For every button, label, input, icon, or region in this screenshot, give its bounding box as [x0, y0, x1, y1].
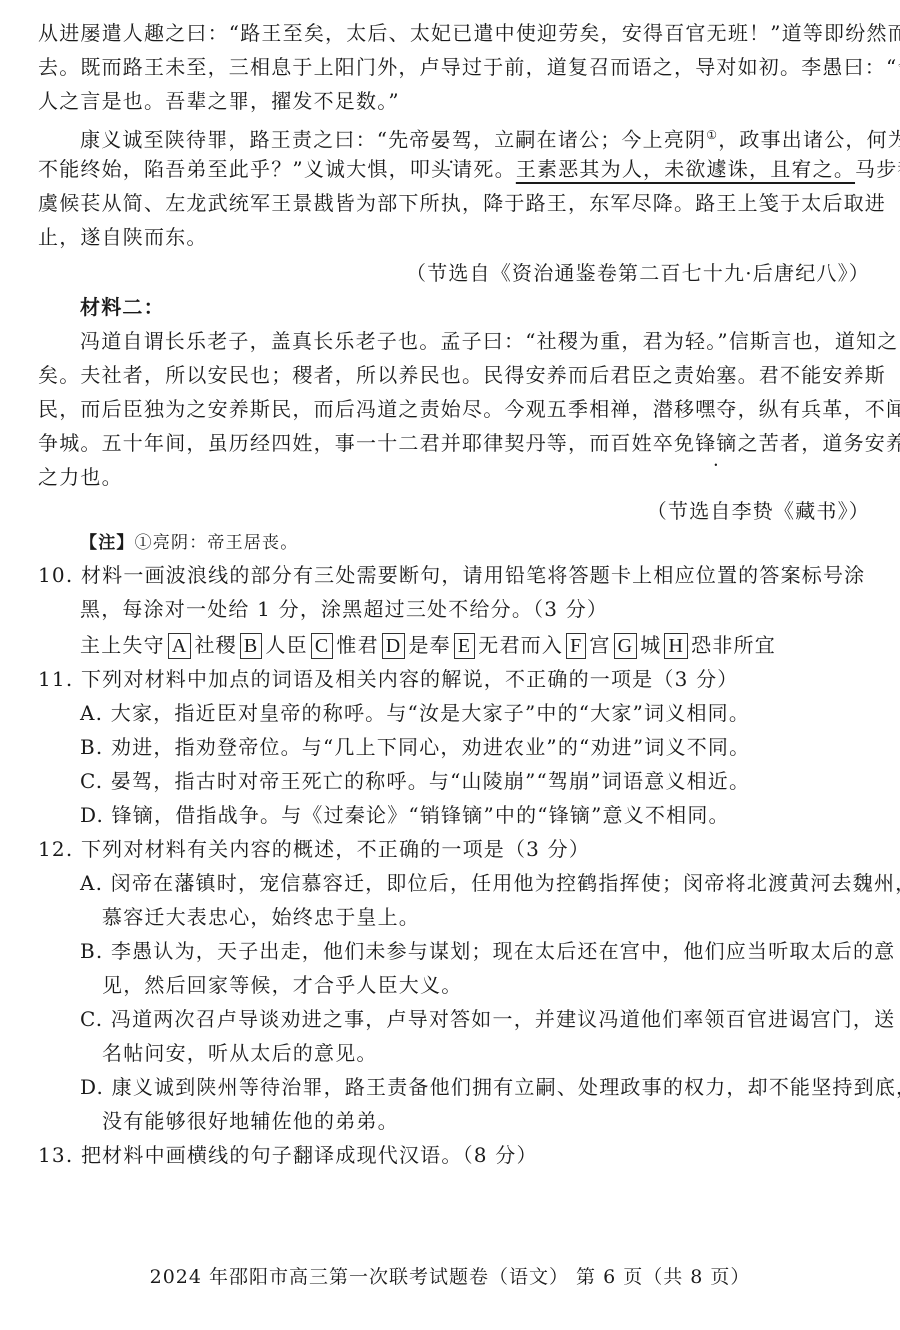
source-citation: （节选自李贽《藏书》）	[38, 494, 870, 528]
option-d-cont: 没有能够很好地辅佐他的弟弟。	[102, 1104, 870, 1138]
text-line: 止，遂自陕而东。	[38, 220, 870, 254]
text-line: 民，而后臣独为之安养斯民，而后冯道之责始尽。今观五季相禅，潜移嘿夺，纵有兵革，不…	[38, 392, 870, 426]
dotted-word-yanjia: 晏驾	[431, 128, 473, 152]
text-line: 黑，每涂对一处给 1 分，涂黑超过三处不给分。（3 分）	[80, 592, 870, 626]
exam-page: 从进屡遣人趣之曰：“路王至矣，太后、太妃已遣中使迎劳矣，安得百官无班！”道等即纷…	[0, 0, 900, 1330]
question-13: 13. 把材料中画横线的句子翻译成现代汉语。（8 分）	[38, 1138, 870, 1172]
text-line: 争城。五十年间，虽历经四姓，事一十二君并耶律契丹等，而百姓卒免锋镝之苦者，道务安…	[38, 426, 870, 460]
question-12: 12. 下列对材料有关内容的概述，不正确的一项是（3 分）	[38, 832, 870, 866]
question-11: 11. 下列对材料中加点的词语及相关内容的解说，不正确的一项是（3 分）	[38, 662, 870, 696]
footnote: 【注】①亮阴：帝王居丧。	[80, 526, 900, 560]
text-line: 去。既而路王未至，三相息于上阳门外，卢导过于前，道复召而语之，导对如初。李愚曰：…	[38, 50, 870, 84]
text-line: 冯道自谓长乐老子，盖真长乐老子也。孟子曰：“社稷为重，君为轻。”信斯言也，道知之	[80, 324, 900, 358]
text-line: 康义诚至陕待罪，路王责之曰：“先帝晏驾，立嗣在诸公；今上亮阴①，政事出诸公，何为	[80, 118, 900, 157]
option-c-cont: 名帖问安，听从太后的意见。	[102, 1036, 870, 1070]
underlined-sentence: 王素恶其为人，未欲遽诛，且宥之。	[516, 157, 855, 181]
text-line: 矣。夫社者，所以安民也；稷者，所以养民也。民得安养而后君臣之责始塞。君不能安养斯	[38, 358, 870, 392]
option-a-cont: 慕容迁大表忠心，始终忠于皇上。	[102, 900, 870, 934]
answer-box-d[interactable]: D	[382, 633, 406, 659]
sentence-break-choices: 主上失守A社稷B人臣C惟君D是奉E无君而入F宫G城H恐非所宜	[80, 628, 870, 662]
source-citation: （节选自《资治通鉴卷第二百七十九·后唐纪八》）	[38, 256, 870, 290]
answer-box-f[interactable]: F	[566, 633, 586, 659]
option-c: C. 冯道两次召卢导谈劝进之事，卢导对答如一，并建议冯道他们率领百官进谒宫门，送	[80, 1002, 870, 1036]
text-line: 之力也。	[38, 460, 870, 494]
option-d: D. 康义诚到陕州等待治罪，路王责备他们拥有立嗣、处理政事的权力，却不能坚持到底…	[80, 1070, 870, 1104]
text-line: 从进屡遣人趣之曰：“路王至矣，太后、太妃已遣中使迎劳矣，安得百官无班！”道等即纷…	[38, 16, 870, 50]
answer-box-a[interactable]: A	[168, 633, 192, 659]
answer-box-h[interactable]: H	[664, 633, 688, 659]
option-a: A. 大家，指近臣对皇帝的称呼。与“汝是大家子”中的“大家”词义相同。	[80, 696, 870, 730]
option-c: C. 晏驾，指古时对帝王死亡的称呼。与“山陵崩”“驾崩”词语意义相近。	[80, 764, 870, 798]
option-b: B. 李愚认为，天子出走，他们未参与谋划；现在太后还在宫中，他们应当听取太后的意	[80, 934, 870, 968]
material-two-heading: 材料二：	[80, 290, 900, 324]
answer-box-e[interactable]: E	[454, 633, 475, 659]
answer-box-c[interactable]: C	[311, 633, 334, 659]
text-line: 不能终始，陷吾弟至此乎？”义诚大惧，叩头请死。王素恶其为人，未欲遽诛，且宥之。马…	[38, 152, 870, 186]
footnote-marker: ①	[706, 128, 718, 142]
option-b: B. 劝进，指劝登帝位。与“几上下同心，劝进农业”的“劝进”词义不同。	[80, 730, 870, 764]
option-d: D. 锋镝，借指战争。与《过秦论》“销锋镝”中的“锋镝”意义不相同。	[80, 798, 870, 832]
dotted-word-fengdi: 锋镝	[695, 431, 737, 455]
option-b-cont: 见，然后回家等候，才合乎人臣大义。	[102, 968, 870, 1002]
page-footer: 2024 年邵阳市高三第一次联考试题卷（语文） 第 6 页（共 8 页）	[0, 1262, 900, 1289]
answer-box-b[interactable]: B	[240, 633, 263, 659]
option-a: A. 闵帝在藩镇时，宠信慕容迁，即位后，任用他为控鹤指挥使；闵帝将北渡黄河去魏州…	[80, 866, 870, 900]
text-line: 人之言是也。吾辈之罪，擢发不足数。”	[38, 84, 870, 118]
text-line: 虞候苌从简、左龙武统军王景戡皆为部下所执，降于路王，东军尽降。路王上笺于太后取进	[38, 186, 870, 220]
question-10: 10. 材料一画波浪线的部分有三处需要断句，请用铅笔将答题卡上相应位置的答案标号…	[38, 558, 870, 592]
answer-box-g[interactable]: G	[614, 633, 638, 659]
